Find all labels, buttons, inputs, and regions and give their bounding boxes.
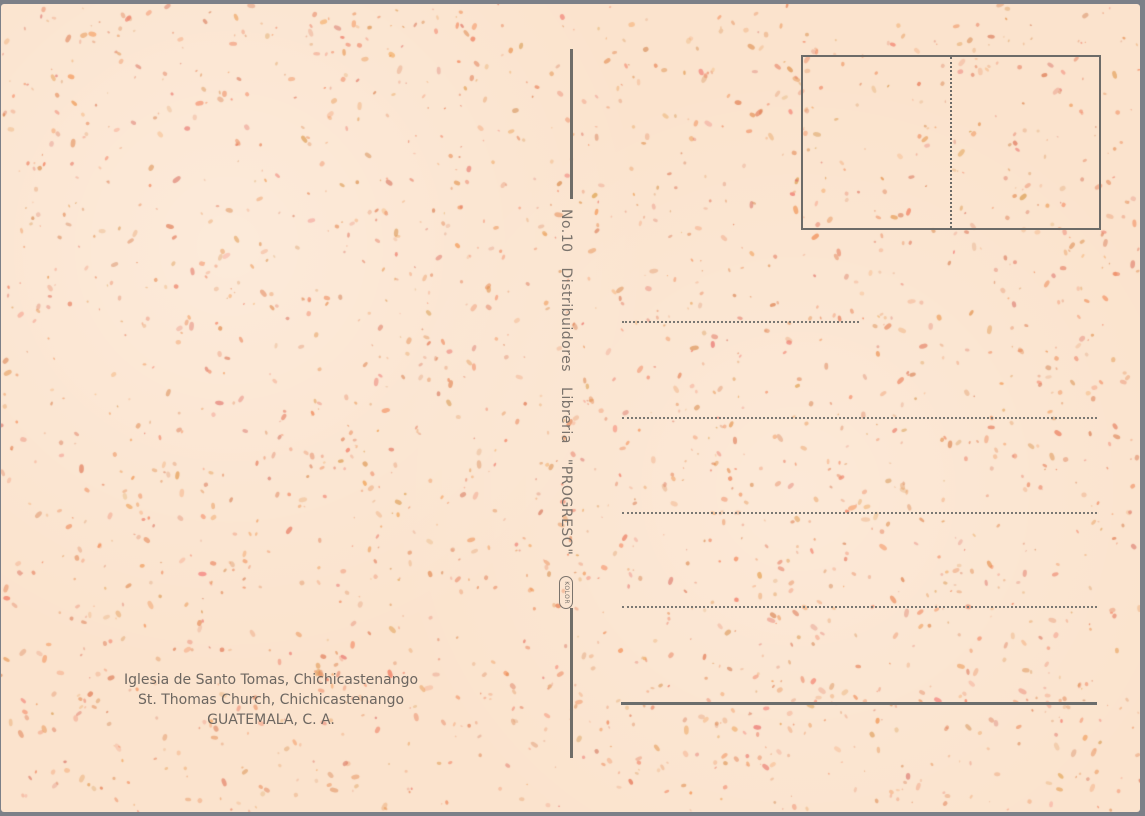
stamp-box-divider [950, 57, 952, 228]
publisher-imprint: No.10 Distribuidores Libreria "PROGRESO"… [558, 209, 574, 609]
address-line-solid [621, 702, 1097, 705]
photo-caption: Iglesia de Santo Tomas, Chichicastenango… [86, 670, 456, 730]
card-number: No.10 [558, 209, 574, 253]
center-divider-top [570, 49, 573, 199]
publisher-name-1: Distribuidores [558, 268, 574, 373]
address-line-2 [622, 417, 1097, 419]
address-line-3 [622, 512, 1097, 514]
stamp-box [801, 55, 1101, 230]
caption-spanish: Iglesia de Santo Tomas, Chichicastenango [86, 670, 456, 690]
caption-country: GUATEMALA, C. A. [86, 710, 456, 730]
postcard-back: No.10 Distribuidores Libreria "PROGRESO"… [1, 4, 1140, 812]
center-divider-bottom [570, 608, 573, 758]
publisher-name-2: Libreria [558, 387, 574, 444]
caption-english: St. Thomas Church, Chichicastenango [86, 690, 456, 710]
address-line-1 [622, 321, 859, 323]
address-line-4 [622, 606, 1097, 608]
publisher-brand: "PROGRESO" [558, 459, 574, 555]
kolor-logo-icon: KOLOR [559, 576, 573, 609]
